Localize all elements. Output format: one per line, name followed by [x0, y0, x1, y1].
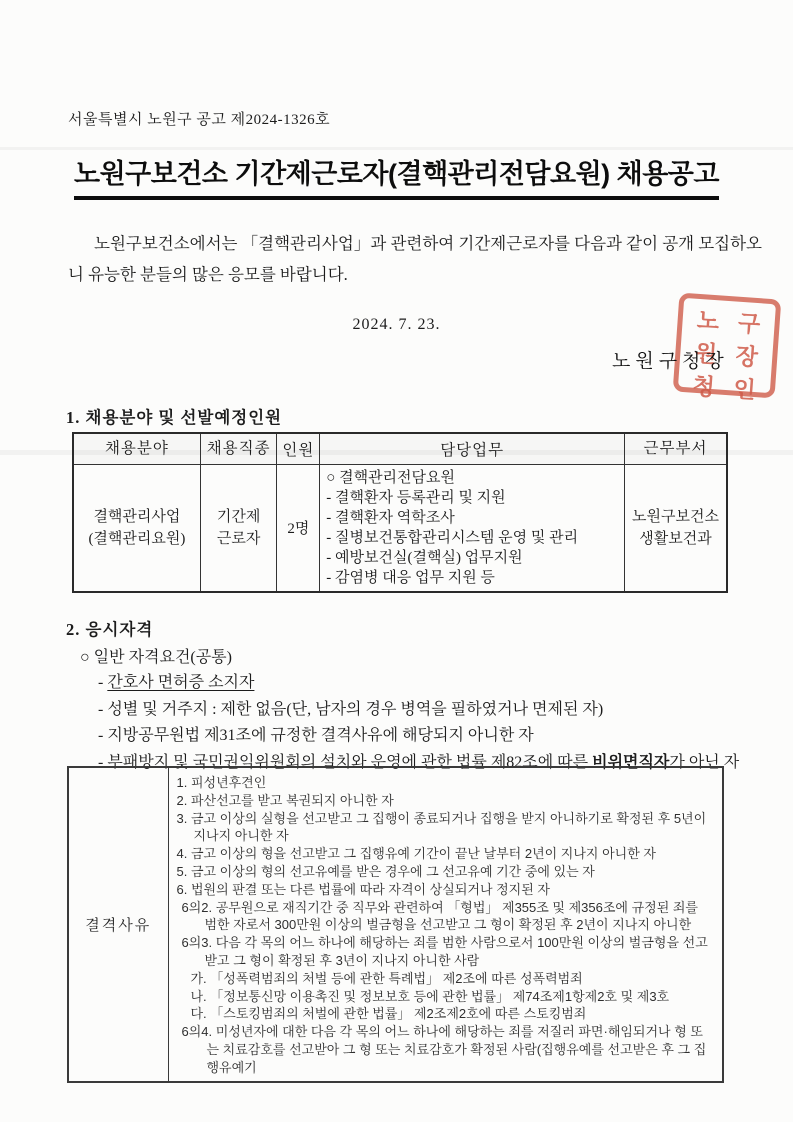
disqualification-list: 1. 피성년후견인2. 파산선고를 받고 복권되지 아니한 자3. 금고 이상의…	[177, 774, 715, 1077]
disqualification-item: 2. 파산선고를 받고 복권되지 아니한 자	[177, 792, 715, 810]
disqualification-item: 5. 금고 이상의 형의 선고유예를 받은 경우에 그 선고유예 기간 중에 있…	[177, 863, 715, 881]
disqualification-item: 6. 법원의 판결 또는 다른 법률에 따라 자격이 상실되거나 정지된 자	[177, 881, 715, 899]
field-line2: (결핵관리요원)	[74, 528, 200, 550]
disqualification-item: 6의2. 공무원으로 재직기간 중 직무와 관련하여 「형법」 제355조 및 …	[177, 899, 715, 935]
notice-number: 서울특별시 노원구 공고 제2024-1326호	[68, 108, 330, 129]
cell-field: 결핵관리사업 (결핵관리요원)	[73, 464, 200, 592]
duty-item: - 결핵환자 역학조사	[326, 508, 620, 528]
section1-heading: 1. 채용분야 및 선발예정인원	[66, 404, 282, 428]
bullet-nurse-license: - 간호사 면허증 소지자	[98, 670, 793, 697]
dept-line1: 노원구보건소	[625, 506, 726, 528]
disqualification-table: 결격사유 1. 피성년후견인2. 파산선고를 받고 복권되지 아니한 자3. 금…	[67, 766, 724, 1083]
intro-paragraph: 노원구보건소에서는 「결핵관리사업」과 관련하여 기간제근로자를 다음과 같이 …	[68, 228, 762, 290]
header-field: 채용분야	[73, 433, 200, 464]
duty-item: - 질병보건통합관리시스템 운영 및 관리	[326, 528, 620, 548]
disqualification-body: 1. 피성년후견인2. 파산선고를 받고 복권되지 아니한 자3. 금고 이상의…	[168, 767, 723, 1082]
section2-heading: 2. 응시자격	[66, 616, 153, 640]
cell-duties: ○ 결핵관리전담요원- 결핵환자 등록관리 및 지원- 결핵환자 역학조사- 질…	[320, 464, 625, 592]
duty-item: ○ 결핵관리전담요원	[326, 468, 620, 488]
cell-department: 노원구보건소 생활보건과	[625, 464, 727, 592]
header-headcount: 인원	[277, 433, 320, 464]
table-header-row: 채용분야 채용직종 인원 담당업무 근무부서	[73, 433, 727, 464]
signer-name: 노원구청장	[612, 346, 729, 373]
duty-list: ○ 결핵관리전담요원- 결핵환자 등록관리 및 지원- 결핵환자 역학조사- 질…	[320, 465, 624, 591]
document-title: 노원구보건소 기간제근로자(결핵관리전담요원) 채용공고	[74, 152, 719, 200]
qualification-subheading: ○ 일반 자격요건(공통)	[80, 644, 232, 667]
disqualification-item: 4. 금고 이상의 형을 선고받고 그 집행유예 기간이 끝난 날부터 2년이 …	[177, 845, 715, 863]
disqualification-item: 1. 피성년후견인	[177, 774, 715, 792]
bullet-dash: -	[98, 674, 107, 691]
seal-character: 노	[687, 301, 730, 337]
seal-character: 인	[723, 370, 766, 406]
disqualification-item: 6의3. 다음 각 목의 어느 하나에 해당하는 죄를 범한 사람으로서 100…	[177, 934, 715, 970]
header-job-type: 채용직종	[200, 433, 277, 464]
duty-item: - 감염병 대응 업무 지원 등	[326, 568, 620, 588]
disqualification-item: 6의4. 미성년자에 대한 다음 각 목의 어느 하나에 해당하는 죄를 저질러…	[177, 1023, 715, 1076]
seal-character: 장	[725, 337, 768, 373]
scan-artifact	[0, 147, 793, 150]
disqualification-row: 결격사유 1. 피성년후견인2. 파산선고를 받고 복권되지 아니한 자3. 금…	[68, 767, 723, 1082]
bullet-gender-residence: - 성별 및 거주지 : 제한 없음(단, 남자의 경우 병역을 필하였거나 면…	[98, 697, 793, 724]
qualification-bullets: - 간호사 면허증 소지자 - 성별 및 거주지 : 제한 없음(단, 남자의 …	[98, 670, 793, 776]
type-line2: 근로자	[201, 528, 277, 550]
duty-item: - 결핵환자 등록관리 및 지원	[326, 488, 620, 508]
disqualification-item: 3. 금고 이상의 실형을 선고받고 그 집행이 종료되거나 집행을 받지 아니…	[177, 810, 715, 846]
bullet-underlined-text: 간호사 면허증 소지자	[107, 674, 254, 691]
duty-item: - 예방보건실(결핵실) 업무지원	[326, 548, 620, 568]
disqualification-item: 다. 「스토킹범죄의 처벌에 관한 법률」 제2조제2호에 따른 스토킹범죄	[177, 1005, 715, 1023]
document-date: 2024. 7. 23.	[0, 316, 793, 334]
title-wrap: 노원구보건소 기간제근로자(결핵관리전담요원) 채용공고	[0, 152, 793, 200]
cell-job-type: 기간제 근로자	[200, 464, 277, 592]
disqualification-item: 가. 「성폭력범죄의 처벌 등에 관한 특례법」 제2조에 따른 성폭력범죄	[177, 970, 715, 988]
scanned-document-page: 서울특별시 노원구 공고 제2024-1326호 노원구보건소 기간제근로자(결…	[0, 0, 793, 1122]
seal-character: 구	[728, 304, 771, 340]
bullet-local-civil-service-act: - 지방공무원법 제31조에 규정한 결격사유에 해당되지 아니한 자	[98, 723, 793, 750]
cell-headcount: 2명	[277, 464, 320, 592]
header-duties: 담당업무	[320, 433, 625, 464]
disqualification-label: 결격사유	[68, 767, 168, 1082]
table-row: 결핵관리사업 (결핵관리요원) 기간제 근로자 2명 ○ 결핵관리전담요원- 결…	[73, 464, 727, 592]
header-department: 근무부서	[625, 433, 727, 464]
type-line1: 기간제	[201, 506, 277, 528]
recruitment-table: 채용분야 채용직종 인원 담당업무 근무부서 결핵관리사업 (결핵관리요원) 기…	[72, 432, 728, 593]
field-line1: 결핵관리사업	[74, 506, 200, 528]
dept-line2: 생활보건과	[625, 528, 726, 550]
disqualification-item: 나. 「정보통신망 이용촉진 및 정보보호 등에 관한 법률」 제74조제1항제…	[177, 988, 715, 1006]
